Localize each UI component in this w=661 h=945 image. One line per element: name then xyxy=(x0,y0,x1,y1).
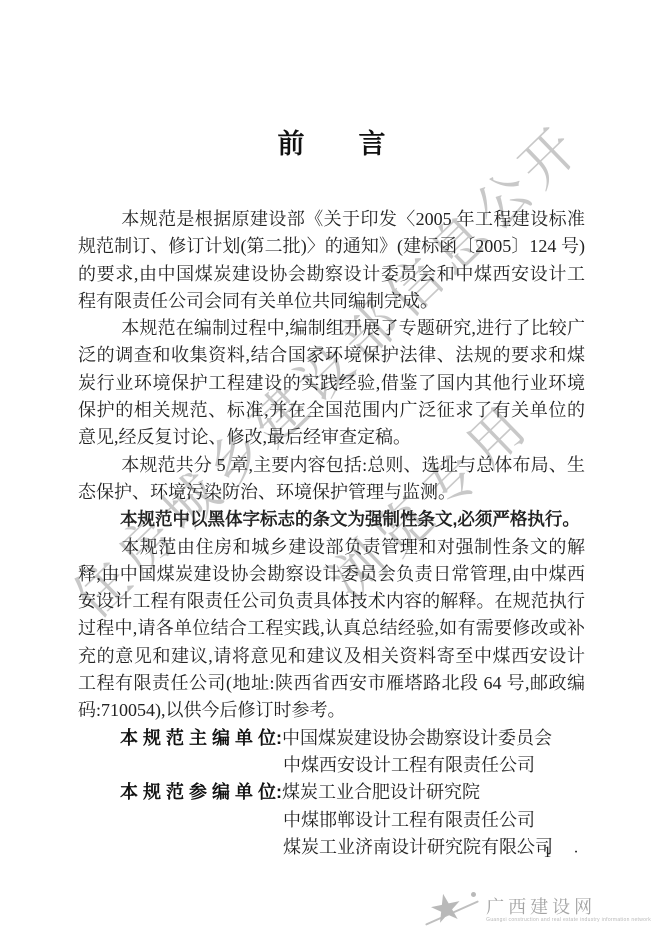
page-title: 前 言 xyxy=(78,128,585,160)
co-editor-unit-1: 煤炭工业合肥设计研究院 xyxy=(282,782,480,802)
paragraph-3: 本规范共分 5 章,主要内容包括:总则、选址与总体布局、生态保护、环境污染防治、… xyxy=(78,452,585,507)
paragraph-5: 本规范由住房和城乡建设部负责管理和对强制性条文的解释,由中国煤炭建设协会勘察设计… xyxy=(78,534,585,725)
chief-editor-label: 本 规 范 主 编 单 位: xyxy=(120,728,282,748)
co-editor-line: 本 规 范 参 编 单 位:煤炭工业合肥设计研究院 xyxy=(78,779,585,806)
chief-editor-unit-2: 中煤西安设计工程有限责任公司 xyxy=(78,752,585,779)
paragraph-4-mandatory-clause: 本规范中以黑体字标志的条文为强制性条文,必须严格执行。 xyxy=(78,506,585,533)
site-logo-tagline: Guangxi construction and real estate ind… xyxy=(486,917,651,923)
paragraph-2: 本规范在编制过程中,编制组开展了专题研究,进行了比较广泛的调查和收集资料,结合国… xyxy=(78,315,585,451)
document-content: 前 言 本规范是根据原建设部《关于印发〈2005 年工程建设标准规范制订、修订计… xyxy=(78,128,585,861)
star-dot xyxy=(471,892,476,897)
page-number: · 1 · xyxy=(516,844,588,862)
co-editor-unit-3: 煤炭工业济南设计研究院有限公司 xyxy=(78,834,585,861)
title-char-1: 前 xyxy=(278,128,305,160)
site-logo-name: 广西建设网 xyxy=(486,897,651,917)
chief-editor-line: 本 规 范 主 编 单 位:中国煤炭建设协会勘察设计委员会 xyxy=(78,725,585,752)
co-editor-label: 本 规 范 参 编 单 位: xyxy=(120,782,282,802)
site-logo: ★ 广西建设网 Guangxi construction and real es… xyxy=(427,886,651,934)
co-editor-unit-2: 中煤邯郸设计工程有限责任公司 xyxy=(78,807,585,834)
star-icon: ★ xyxy=(427,886,481,934)
editing-organizations: 本 规 范 主 编 单 位:中国煤炭建设协会勘察设计委员会 中煤西安设计工程有限… xyxy=(78,725,585,861)
preface-body: 本规范是根据原建设部《关于印发〈2005 年工程建设标准规范制订、修订计划(第二… xyxy=(78,206,585,725)
document-page: 住房城乡建设部信息公开 浏览专用 前 言 本规范是根据原建设部《关于印发〈200… xyxy=(0,0,661,945)
title-char-2: 言 xyxy=(359,128,386,160)
chief-editor-unit-1: 中国煤炭建设协会勘察设计委员会 xyxy=(282,728,552,748)
paragraph-1: 本规范是根据原建设部《关于印发〈2005 年工程建设标准规范制订、修订计划(第二… xyxy=(78,206,585,315)
